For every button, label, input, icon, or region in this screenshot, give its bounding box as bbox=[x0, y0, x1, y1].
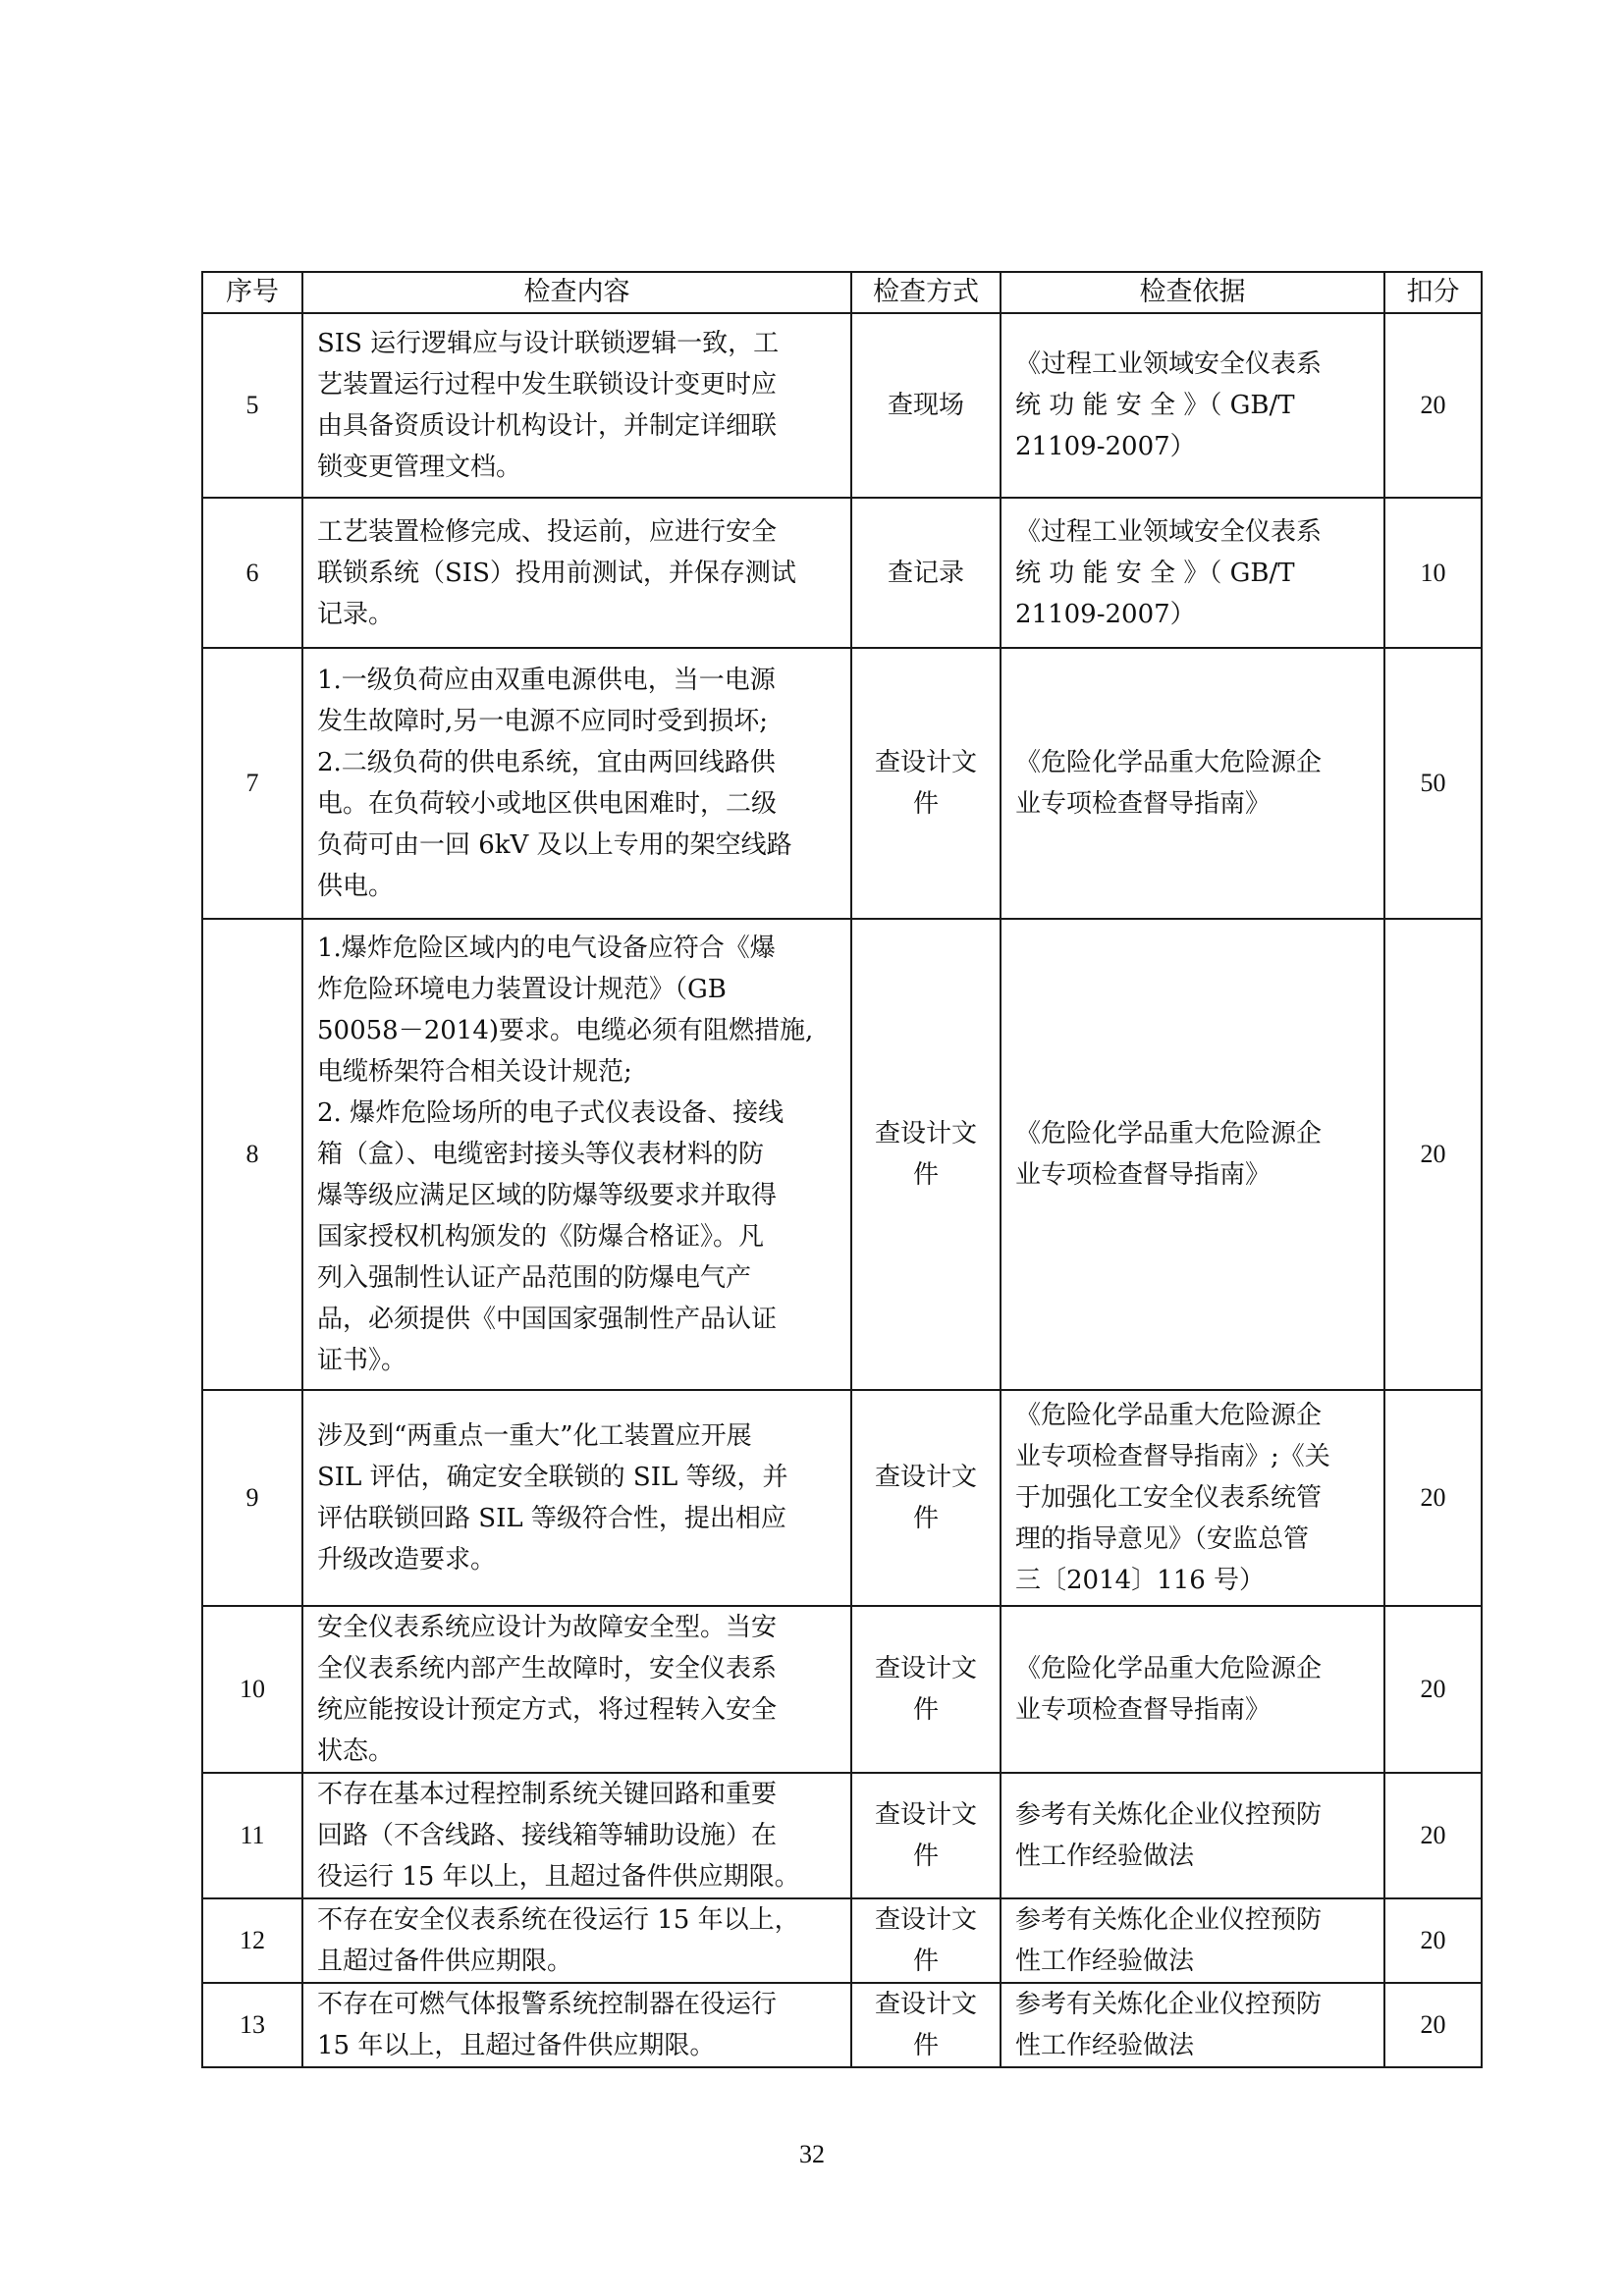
cell-inspection-method: 查设计文件 bbox=[851, 648, 1001, 919]
cell-deduction-points: 10 bbox=[1384, 498, 1482, 648]
cell-deduction-points: 50 bbox=[1384, 648, 1482, 919]
cell-inspection-basis-line: 业专项检查督导指南》;《关 bbox=[1015, 1436, 1370, 1477]
cell-inspection-content-line: 爆等级应满足区域的防爆等级要求并取得 bbox=[317, 1175, 837, 1216]
cell-inspection-content-line: 全仪表系统内部产生故障时，安全仪表系 bbox=[317, 1648, 837, 1689]
cell-serial-number: 5 bbox=[202, 313, 302, 498]
cell-inspection-basis: 参考有关炼化企业仪控预防性工作经验做法 bbox=[1001, 1773, 1384, 1898]
cell-inspection-basis-line: 性工作经验做法 bbox=[1015, 1941, 1370, 1982]
cell-inspection-content-line: 1.爆炸危险区域内的电气设备应符合《爆 bbox=[317, 928, 837, 969]
table-row: 9涉及到“两重点一重大”化工装置应开展SIL 评估，确定安全联锁的 SIL 等级… bbox=[202, 1390, 1482, 1606]
cell-inspection-content-line: 50058－2014)要求。电缆必须有阻燃措施, bbox=[317, 1010, 837, 1051]
cell-inspection-basis-line: 业专项检查督导指南》 bbox=[1015, 783, 1370, 825]
cell-serial-number: 13 bbox=[202, 1983, 302, 2067]
cell-inspection-basis-line: 业专项检查督导指南》 bbox=[1015, 1689, 1370, 1731]
header-inspection-method: 检查方式 bbox=[851, 272, 1001, 313]
cell-inspection-content-line: 评估联锁回路 SIL 等级符合性，提出相应 bbox=[317, 1498, 837, 1539]
cell-inspection-method: 查现场 bbox=[851, 313, 1001, 498]
cell-inspection-basis: 《过程工业领域安全仪表系统 功 能 安 全 》（ GB/T21109-2007） bbox=[1001, 313, 1384, 498]
cell-inspection-content-line: 箱（盒）、电缆密封接头等仪表材料的防 bbox=[317, 1134, 837, 1175]
cell-serial-number: 9 bbox=[202, 1390, 302, 1606]
cell-inspection-basis-line: 参考有关炼化企业仪控预防 bbox=[1015, 1899, 1370, 1941]
cell-inspection-content-line: 15 年以上，且超过备件供应期限。 bbox=[317, 2025, 837, 2066]
cell-inspection-content-line: 由具备资质设计机构设计，并制定详细联 bbox=[317, 405, 837, 447]
cell-inspection-content-line: 工艺装置检修完成、投运前，应进行安全 bbox=[317, 511, 837, 553]
cell-deduction-points: 20 bbox=[1384, 1390, 1482, 1606]
cell-inspection-content-line: 2. 爆炸危险场所的电子式仪表设备、接线 bbox=[317, 1093, 837, 1134]
cell-inspection-basis-line: 《过程工业领域安全仪表系 bbox=[1015, 511, 1370, 553]
cell-deduction-points: 20 bbox=[1384, 919, 1482, 1390]
cell-inspection-content: 安全仪表系统应设计为故障安全型。当安全仪表系统内部产生故障时，安全仪表系统应能按… bbox=[302, 1606, 851, 1773]
cell-inspection-content-line: 回路（不含线路、接线箱等辅助设施）在 bbox=[317, 1815, 837, 1856]
cell-inspection-basis: 参考有关炼化企业仪控预防性工作经验做法 bbox=[1001, 1898, 1384, 1983]
table-header-row: 序号 检查内容 检查方式 检查依据 扣分 bbox=[202, 272, 1482, 313]
cell-inspection-method-line: 件 bbox=[866, 783, 986, 825]
cell-inspection-method: 查设计文件 bbox=[851, 1898, 1001, 1983]
cell-inspection-content-line: 统应能按设计预定方式，将过程转入安全 bbox=[317, 1689, 837, 1731]
cell-inspection-basis-line: 于加强化工安全仪表系统管 bbox=[1015, 1477, 1370, 1519]
page-number: 32 bbox=[0, 2140, 1624, 2169]
cell-inspection-method: 查设计文件 bbox=[851, 919, 1001, 1390]
cell-inspection-basis-line: 统 功 能 安 全 》（ GB/T bbox=[1015, 385, 1370, 426]
cell-inspection-method-line: 查设计文 bbox=[866, 1457, 986, 1498]
cell-inspection-method: 查设计文件 bbox=[851, 1606, 1001, 1773]
header-serial-number: 序号 bbox=[202, 272, 302, 313]
table-row: 10安全仪表系统应设计为故障安全型。当安全仪表系统内部产生故障时，安全仪表系统应… bbox=[202, 1606, 1482, 1773]
cell-inspection-basis-line: 性工作经验做法 bbox=[1015, 2025, 1370, 2066]
table-row: 6工艺装置检修完成、投运前，应进行安全联锁系统（SIS）投用前测试，并保存测试记… bbox=[202, 498, 1482, 648]
document-page: 序号 检查内容 检查方式 检查依据 扣分 5SIS 运行逻辑应与设计联锁逻辑一致… bbox=[0, 0, 1624, 2296]
cell-inspection-content-line: 品，必须提供《中国国家强制性产品认证 bbox=[317, 1299, 837, 1340]
cell-deduction-points: 20 bbox=[1384, 1773, 1482, 1898]
cell-inspection-content-line: 发生故障时,另一电源不应同时受到损坏; bbox=[317, 701, 837, 742]
cell-serial-number: 8 bbox=[202, 919, 302, 1390]
cell-inspection-method-line: 查记录 bbox=[866, 553, 986, 594]
cell-inspection-content-line: 证书》。 bbox=[317, 1340, 837, 1381]
cell-inspection-basis: 《危险化学品重大危险源企业专项检查督导指南》;《关于加强化工安全仪表系统管理的指… bbox=[1001, 1390, 1384, 1606]
inspection-table: 序号 检查内容 检查方式 检查依据 扣分 5SIS 运行逻辑应与设计联锁逻辑一致… bbox=[201, 271, 1483, 2068]
table-row: 71.一级负荷应由双重电源供电，当一电源发生故障时,另一电源不应同时受到损坏;2… bbox=[202, 648, 1482, 919]
cell-deduction-points: 20 bbox=[1384, 313, 1482, 498]
cell-inspection-basis: 《危险化学品重大危险源企业专项检查督导指南》 bbox=[1001, 919, 1384, 1390]
cell-inspection-content-line: 负荷可由一回 6kV 及以上专用的架空线路 bbox=[317, 825, 837, 866]
cell-inspection-content: 1.一级负荷应由双重电源供电，当一电源发生故障时,另一电源不应同时受到损坏;2.… bbox=[302, 648, 851, 919]
cell-deduction-points: 20 bbox=[1384, 1983, 1482, 2067]
cell-inspection-content-line: 且超过备件供应期限。 bbox=[317, 1941, 837, 1982]
cell-inspection-basis-line: 统 功 能 安 全 》（ GB/T bbox=[1015, 553, 1370, 594]
cell-deduction-points: 20 bbox=[1384, 1898, 1482, 1983]
cell-inspection-content-line: 记录。 bbox=[317, 594, 837, 635]
cell-inspection-content-line: 不存在基本过程控制系统关键回路和重要 bbox=[317, 1774, 837, 1815]
cell-inspection-method-line: 查设计文 bbox=[866, 1113, 986, 1154]
cell-inspection-method-line: 件 bbox=[866, 2025, 986, 2066]
cell-inspection-method-line: 件 bbox=[866, 1941, 986, 1982]
cell-inspection-method-line: 查设计文 bbox=[866, 742, 986, 783]
cell-inspection-method-line: 查设计文 bbox=[866, 1899, 986, 1941]
cell-inspection-content: 工艺装置检修完成、投运前，应进行安全联锁系统（SIS）投用前测试，并保存测试记录… bbox=[302, 498, 851, 648]
cell-inspection-content: 1.爆炸危险区域内的电气设备应符合《爆炸危险环境电力装置设计规范》（GB5005… bbox=[302, 919, 851, 1390]
cell-deduction-points: 20 bbox=[1384, 1606, 1482, 1773]
cell-inspection-basis-line: 参考有关炼化企业仪控预防 bbox=[1015, 1984, 1370, 2025]
cell-inspection-content-line: 电缆桥架符合相关设计规范; bbox=[317, 1051, 837, 1093]
cell-inspection-basis-line: 参考有关炼化企业仪控预防 bbox=[1015, 1794, 1370, 1836]
cell-inspection-method: 查设计文件 bbox=[851, 1983, 1001, 2067]
cell-inspection-content-line: 艺装置运行过程中发生联锁设计变更时应 bbox=[317, 364, 837, 405]
cell-inspection-method-line: 件 bbox=[866, 1154, 986, 1196]
cell-inspection-basis-line: 理的指导意见》（安监总管 bbox=[1015, 1519, 1370, 1560]
cell-inspection-content: 不存在基本过程控制系统关键回路和重要回路（不含线路、接线箱等辅助设施）在役运行 … bbox=[302, 1773, 851, 1898]
cell-inspection-content-line: 电。在负荷较小或地区供电困难时，二级 bbox=[317, 783, 837, 825]
cell-inspection-content-line: 状态。 bbox=[317, 1731, 837, 1772]
cell-inspection-method: 查设计文件 bbox=[851, 1390, 1001, 1606]
cell-serial-number: 12 bbox=[202, 1898, 302, 1983]
cell-inspection-content-line: 不存在可燃气体报警系统控制器在役运行 bbox=[317, 1984, 837, 2025]
cell-inspection-content-line: SIS 运行逻辑应与设计联锁逻辑一致，工 bbox=[317, 323, 837, 364]
cell-inspection-content-line: 炸危险环境电力装置设计规范》（GB bbox=[317, 969, 837, 1010]
header-deduction-points: 扣分 bbox=[1384, 272, 1482, 313]
cell-inspection-basis-line: 21109-2007） bbox=[1015, 426, 1370, 467]
table-row: 11不存在基本过程控制系统关键回路和重要回路（不含线路、接线箱等辅助设施）在役运… bbox=[202, 1773, 1482, 1898]
table-row: 12不存在安全仪表系统在役运行 15 年以上，且超过备件供应期限。查设计文件参考… bbox=[202, 1898, 1482, 1983]
cell-inspection-content: 不存在安全仪表系统在役运行 15 年以上，且超过备件供应期限。 bbox=[302, 1898, 851, 1983]
cell-inspection-basis-line: 三〔2014〕116 号） bbox=[1015, 1560, 1370, 1601]
cell-inspection-basis-line: 《危险化学品重大危险源企 bbox=[1015, 742, 1370, 783]
cell-inspection-basis-line: 《危险化学品重大危险源企 bbox=[1015, 1395, 1370, 1436]
cell-inspection-content-line: 锁变更管理文档。 bbox=[317, 447, 837, 488]
table-body: 5SIS 运行逻辑应与设计联锁逻辑一致，工艺装置运行过程中发生联锁设计变更时应由… bbox=[202, 313, 1482, 2067]
cell-inspection-content-line: SIL 评估，确定安全联锁的 SIL 等级，并 bbox=[317, 1457, 837, 1498]
cell-serial-number: 7 bbox=[202, 648, 302, 919]
cell-inspection-method-line: 查设计文 bbox=[866, 1648, 986, 1689]
cell-inspection-basis: 参考有关炼化企业仪控预防性工作经验做法 bbox=[1001, 1983, 1384, 2067]
cell-inspection-method-line: 查现场 bbox=[866, 385, 986, 426]
cell-inspection-content-line: 役运行 15 年以上，且超过备件供应期限。 bbox=[317, 1856, 837, 1897]
cell-serial-number: 10 bbox=[202, 1606, 302, 1773]
cell-inspection-content-line: 涉及到“两重点一重大”化工装置应开展 bbox=[317, 1415, 837, 1457]
cell-inspection-basis: 《危险化学品重大危险源企业专项检查督导指南》 bbox=[1001, 1606, 1384, 1773]
cell-inspection-method-line: 件 bbox=[866, 1498, 986, 1539]
cell-inspection-method: 查设计文件 bbox=[851, 1773, 1001, 1898]
cell-inspection-basis-line: 《危险化学品重大危险源企 bbox=[1015, 1648, 1370, 1689]
cell-inspection-method-line: 件 bbox=[866, 1689, 986, 1731]
header-inspection-content: 检查内容 bbox=[302, 272, 851, 313]
cell-inspection-basis: 《过程工业领域安全仪表系统 功 能 安 全 》（ GB/T21109-2007） bbox=[1001, 498, 1384, 648]
cell-inspection-method-line: 件 bbox=[866, 1836, 986, 1877]
cell-inspection-basis-line: 《危险化学品重大危险源企 bbox=[1015, 1113, 1370, 1154]
cell-inspection-basis: 《危险化学品重大危险源企业专项检查督导指南》 bbox=[1001, 648, 1384, 919]
cell-serial-number: 11 bbox=[202, 1773, 302, 1898]
cell-inspection-content-line: 2.二级负荷的供电系统，宜由两回线路供 bbox=[317, 742, 837, 783]
cell-inspection-content-line: 联锁系统（SIS）投用前测试，并保存测试 bbox=[317, 553, 837, 594]
cell-inspection-method-line: 查设计文 bbox=[866, 1794, 986, 1836]
cell-inspection-content-line: 列入强制性认证产品范围的防爆电气产 bbox=[317, 1257, 837, 1299]
cell-inspection-basis-line: 21109-2007） bbox=[1015, 594, 1370, 635]
cell-inspection-content-line: 安全仪表系统应设计为故障安全型。当安 bbox=[317, 1607, 837, 1648]
cell-inspection-method: 查记录 bbox=[851, 498, 1001, 648]
cell-inspection-content-line: 1.一级负荷应由双重电源供电，当一电源 bbox=[317, 660, 837, 701]
cell-inspection-content-line: 国家授权机构颁发的《防爆合格证》。凡 bbox=[317, 1216, 837, 1257]
cell-inspection-content: SIS 运行逻辑应与设计联锁逻辑一致，工艺装置运行过程中发生联锁设计变更时应由具… bbox=[302, 313, 851, 498]
cell-inspection-content: 涉及到“两重点一重大”化工装置应开展SIL 评估，确定安全联锁的 SIL 等级，… bbox=[302, 1390, 851, 1606]
cell-inspection-basis-line: 业专项检查督导指南》 bbox=[1015, 1154, 1370, 1196]
cell-inspection-basis-line: 性工作经验做法 bbox=[1015, 1836, 1370, 1877]
header-inspection-basis: 检查依据 bbox=[1001, 272, 1384, 313]
cell-serial-number: 6 bbox=[202, 498, 302, 648]
cell-inspection-content: 不存在可燃气体报警系统控制器在役运行15 年以上，且超过备件供应期限。 bbox=[302, 1983, 851, 2067]
cell-inspection-basis-line: 《过程工业领域安全仪表系 bbox=[1015, 344, 1370, 385]
cell-inspection-content-line: 升级改造要求。 bbox=[317, 1539, 837, 1580]
table-row: 81.爆炸危险区域内的电气设备应符合《爆炸危险环境电力装置设计规范》（GB500… bbox=[202, 919, 1482, 1390]
table-row: 5SIS 运行逻辑应与设计联锁逻辑一致，工艺装置运行过程中发生联锁设计变更时应由… bbox=[202, 313, 1482, 498]
cell-inspection-method-line: 查设计文 bbox=[866, 1984, 986, 2025]
cell-inspection-content-line: 供电。 bbox=[317, 866, 837, 907]
table-row: 13不存在可燃气体报警系统控制器在役运行15 年以上，且超过备件供应期限。查设计… bbox=[202, 1983, 1482, 2067]
cell-inspection-content-line: 不存在安全仪表系统在役运行 15 年以上， bbox=[317, 1899, 837, 1941]
